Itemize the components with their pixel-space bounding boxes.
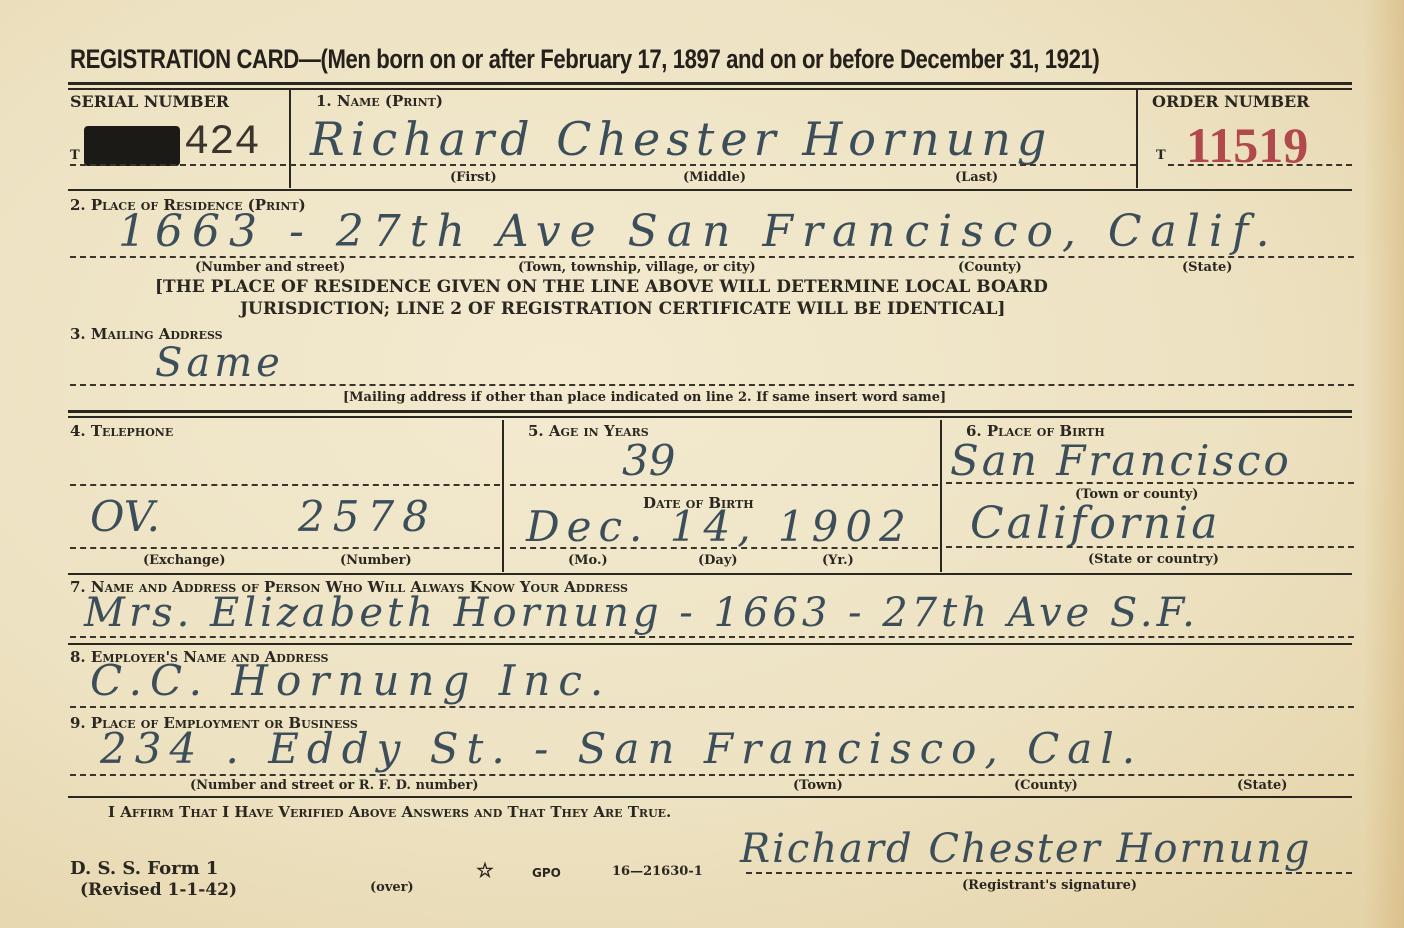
star-icon: ☆ bbox=[476, 858, 494, 882]
contact-person-value: Mrs. Elizabeth Hornung - 1663 - 27th Ave… bbox=[84, 590, 1199, 636]
birthplace-town: San Francisco bbox=[950, 436, 1292, 485]
caption-town: (Town, township, village, or city) bbox=[518, 260, 756, 275]
over-note: (over) bbox=[370, 880, 414, 895]
order-line bbox=[1168, 164, 1352, 166]
birthplace-line-2 bbox=[946, 546, 1354, 548]
divider-age bbox=[502, 420, 504, 572]
dob-value: Dec. 14, 1902 bbox=[526, 502, 913, 551]
telephone-line-2 bbox=[70, 547, 500, 549]
birthplace-line-1 bbox=[946, 482, 1354, 484]
residence-value: 1663 - 27th Ave San Francisco, Calif. bbox=[118, 206, 1279, 257]
rule-row9 bbox=[68, 796, 1352, 798]
order-number-label: ORDER NUMBER bbox=[1152, 92, 1309, 111]
caption-day: (Day) bbox=[698, 553, 738, 568]
rule-row3-2 bbox=[68, 416, 1352, 418]
registrant-signature: Richard Chester Hornung bbox=[740, 826, 1312, 872]
caption-number: (Number) bbox=[340, 553, 412, 568]
divider-order bbox=[1136, 90, 1138, 188]
signature-caption: (Registrant's signature) bbox=[962, 878, 1137, 893]
employment-place-value: 234 . Eddy St. - San Francisco, Cal. bbox=[100, 724, 1143, 773]
telephone-exchange: OV. bbox=[90, 492, 160, 541]
affirmation-text: I Affirm That I Have Verified Above Answ… bbox=[108, 803, 671, 821]
caption-emp-state: (State) bbox=[1237, 778, 1287, 793]
name-line bbox=[70, 164, 1136, 166]
employer-line bbox=[70, 706, 1354, 708]
form-number: D. S. S. Form 1 bbox=[70, 858, 218, 879]
serial-number-value: 424 bbox=[184, 118, 260, 166]
employment-line bbox=[70, 774, 1354, 776]
redaction-block bbox=[84, 126, 180, 166]
caption-middle: (Middle) bbox=[683, 170, 746, 185]
rule-top-2 bbox=[68, 88, 1352, 90]
dob-line bbox=[510, 547, 938, 549]
form-revised: (Revised 1-1-42) bbox=[80, 880, 237, 900]
rule-row1 bbox=[68, 189, 1352, 191]
caption-street: (Number and street) bbox=[195, 260, 345, 275]
rule-row4 bbox=[68, 573, 1352, 575]
employer-value: C.C. Hornung Inc. bbox=[90, 656, 611, 705]
caption-state: (State) bbox=[1182, 260, 1232, 275]
rule-row7 bbox=[68, 643, 1352, 645]
order-prefix: T bbox=[1156, 148, 1166, 163]
name-label: 1. Name (Print) bbox=[316, 92, 443, 110]
residence-notice-line2: JURISDICTION; LINE 2 OF REGISTRATION CER… bbox=[240, 299, 1005, 319]
rule-row3 bbox=[68, 410, 1352, 413]
telephone-label: 4. Telephone bbox=[70, 422, 173, 440]
birthplace-state: California bbox=[970, 498, 1221, 549]
serial-prefix: T bbox=[70, 148, 80, 163]
serial-number-label: SERIAL NUMBER bbox=[70, 92, 229, 111]
paper-edge-shading bbox=[1364, 0, 1404, 928]
caption-county: (County) bbox=[958, 260, 1022, 275]
residence-line bbox=[70, 256, 1354, 258]
mailing-caption: [Mailing address if other than place ind… bbox=[343, 390, 946, 405]
contact-line bbox=[70, 636, 1354, 638]
caption-exchange: (Exchange) bbox=[143, 553, 226, 568]
mailing-address-value: Same bbox=[155, 340, 284, 386]
name-value: Richard Chester Hornung bbox=[310, 112, 1052, 166]
rule-top bbox=[68, 82, 1352, 85]
caption-mo: (Mo.) bbox=[568, 553, 608, 568]
residence-notice-line1: [THE PLACE OF RESIDENCE GIVEN ON THE LIN… bbox=[155, 277, 1048, 297]
age-value: 39 bbox=[622, 436, 675, 485]
telephone-line-1 bbox=[70, 484, 500, 486]
caption-yr: (Yr.) bbox=[822, 553, 854, 568]
gpo-label: GPO bbox=[532, 866, 561, 880]
divider-serial bbox=[289, 90, 291, 188]
caption-state-country: (State or country) bbox=[1088, 552, 1219, 567]
caption-first: (First) bbox=[450, 170, 497, 185]
caption-emp-town: (Town) bbox=[793, 778, 843, 793]
caption-last: (Last) bbox=[955, 170, 998, 185]
registration-card: REGISTRATION CARD—(Men born on or after … bbox=[0, 0, 1404, 928]
caption-emp-street: (Number and street or R. F. D. number) bbox=[190, 778, 478, 793]
caption-emp-county: (County) bbox=[1014, 778, 1078, 793]
age-line bbox=[510, 484, 938, 486]
card-title: REGISTRATION CARD—(Men born on or after … bbox=[70, 44, 1099, 75]
divider-birthplace bbox=[940, 420, 942, 572]
gpo-code: 16—21630-1 bbox=[612, 864, 703, 879]
signature-line bbox=[746, 872, 1352, 874]
mailing-line bbox=[70, 384, 1354, 386]
telephone-number: 2578 bbox=[298, 492, 437, 541]
